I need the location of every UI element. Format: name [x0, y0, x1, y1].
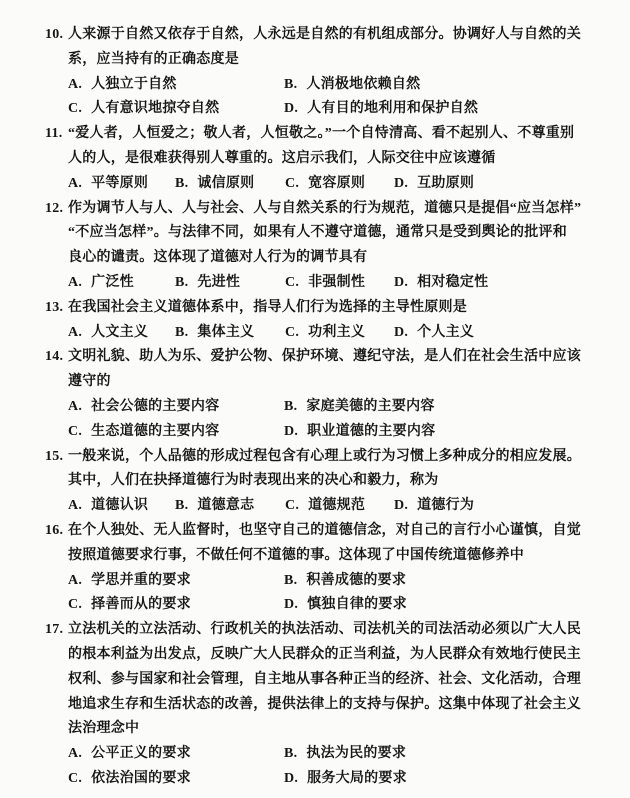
option-text: 职业道德的主要内容 [307, 424, 435, 439]
option-label: C. [68, 593, 82, 618]
options-grid: A.公平正义的要求 B.执法为民的要求 C.依法治国的要求 D.服务大局的要求 [68, 742, 592, 792]
option-text: 诚信原则 [197, 176, 254, 191]
question-number: 10. [45, 23, 68, 122]
exam-page: 10. 人来源于自然又依存于自然，人永远是自然的有机组成部分。协调好人与自然的关… [0, 0, 630, 798]
option-text: 互助原则 [417, 176, 474, 191]
option-d: D.个人主义 [394, 321, 592, 346]
option-text: 人有目的地利用和保护自然 [307, 101, 478, 116]
option-a: A.人文主义 [68, 321, 175, 346]
option-text: 非强制性 [308, 275, 365, 290]
option-label: B. [284, 73, 297, 98]
question-stem-line: 其中，人们在抉择道德行为时表现出来的决心和毅力，称为 [68, 469, 592, 494]
option-label: C. [68, 97, 82, 122]
question-stem-line: 地追求生存和生活状态的改善，提供法律上的支持与保护。这集中体现了社会主义 [68, 693, 592, 718]
question-16: 16. 在个人独处、无人监督时，也坚守自己的道德信念，对自己的言行小心谨慎，自觉… [45, 519, 592, 618]
option-b: B.道德意志 [175, 494, 285, 519]
option-c: C.生态道德的主要内容 [68, 420, 284, 445]
option-c: C.人有意识地掠夺自然 [68, 97, 284, 122]
question-number: 12. [45, 197, 68, 296]
option-text: 家庭美德的主要内容 [306, 399, 434, 414]
option-a: A.道德认识 [68, 494, 175, 519]
question-body: “爱人者，人恒爱之；敬人者，人恒敬之。”一个自恃清高、看不起别人、不尊重别 人的… [68, 122, 592, 196]
option-label: A. [68, 395, 82, 420]
option-b: B.家庭美德的主要内容 [284, 395, 592, 420]
option-label: B. [175, 321, 188, 346]
question-number: 17. [45, 618, 68, 792]
option-b: B.诚信原则 [175, 172, 285, 197]
options-grid: A.人文主义 B.集体主义 C.功利主义 D.个人主义 [68, 321, 592, 346]
option-text: 人消极地依赖自然 [306, 77, 420, 92]
option-a: A.广泛性 [68, 271, 175, 296]
option-text: 宽容原则 [308, 176, 365, 191]
option-label: D. [394, 172, 408, 197]
question-number: 13. [45, 296, 68, 346]
option-label: B. [175, 494, 188, 519]
option-a: A.社会公德的主要内容 [68, 395, 284, 420]
option-label: D. [394, 271, 408, 296]
question-number: 15. [45, 445, 68, 519]
option-label: B. [284, 569, 297, 594]
option-label: B. [284, 742, 297, 767]
question-stem-line: 良心的谴责。这体现了道德对人行为的调节具有 [68, 246, 592, 271]
option-label: D. [284, 420, 298, 445]
option-text: 人有意识地掠夺自然 [91, 101, 219, 116]
option-d: D.慎独自律的要求 [284, 593, 592, 618]
option-text: 慎独自律的要求 [307, 597, 407, 612]
question-stem-line: 在个人独处、无人监督时，也坚守自己的道德信念，对自己的言行小心谨慎，自觉 [68, 519, 592, 544]
option-text: 人独立于自然 [91, 77, 177, 92]
option-label: A. [68, 271, 82, 296]
option-label: D. [284, 97, 298, 122]
option-text: 道德行为 [417, 498, 474, 513]
question-stem-line: 作为调节人与人、人与社会、人与自然关系的行为规范，道德只是提倡“应当怎样” [68, 197, 592, 222]
question-stem-line: 的根本利益为出发点，反映广大人民群众的正当利益，为人民群众有效地行使民主 [68, 643, 592, 668]
option-a: A.学思并重的要求 [68, 569, 284, 594]
option-d: D.服务大局的要求 [284, 767, 592, 792]
option-d: D.互助原则 [394, 172, 592, 197]
option-label: B. [175, 271, 188, 296]
question-14: 14. 文明礼貌、助人为乐、爱护公物、保护环境、遵纪守法，是人们在社会生活中应该… [45, 345, 592, 444]
option-label: B. [284, 395, 297, 420]
option-b: B.先进性 [175, 271, 285, 296]
question-body: 在个人独处、无人监督时，也坚守自己的道德信念，对自己的言行小心谨慎，自觉 按照道… [68, 519, 592, 618]
option-text: 服务大局的要求 [307, 771, 407, 786]
question-body: 一般来说，个人品德的形成过程包含有心理上或行为习惯上多种成分的相应发展。 其中，… [68, 445, 592, 519]
question-number: 14. [45, 345, 68, 444]
question-stem-line: 权利、参与国家和社会管理，自主地从事各种正当的经济、社会、文化活动，合理 [68, 668, 592, 693]
question-stem-line: “爱人者，人恒爱之；敬人者，人恒敬之。”一个自恃清高、看不起别人、不尊重别 [68, 122, 592, 147]
question-stem-line: 人来源于自然又依存于自然，人永远是自然的有机组成部分。协调好人与自然的关 [68, 23, 592, 48]
question-number: 16. [45, 519, 68, 618]
options-grid: A.道德认识 B.道德意志 C.道德规范 D.道德行为 [68, 494, 592, 519]
option-label: C. [285, 172, 299, 197]
question-body: 人来源于自然又依存于自然，人永远是自然的有机组成部分。协调好人与自然的关 系，应… [68, 23, 592, 122]
option-label: D. [284, 767, 298, 792]
question-body: 作为调节人与人、人与社会、人与自然关系的行为规范，道德只是提倡“应当怎样” “不… [68, 197, 592, 296]
question-stem-line: 人的人，是很难获得别人尊重的。这启示我们，人际交往中应该遵循 [68, 147, 592, 172]
option-text: 个人主义 [417, 325, 474, 340]
question-17: 17. 立法机关的立法活动、行政机关的执法活动、司法机关的司法活动必须以广大人民… [45, 618, 592, 792]
option-c: C.道德规范 [285, 494, 394, 519]
option-label: A. [68, 321, 82, 346]
question-11: 11. “爱人者，人恒爱之；敬人者，人恒敬之。”一个自恃清高、看不起别人、不尊重… [45, 122, 592, 196]
options-grid: A.学思并重的要求 B.积善成德的要求 C.择善而从的要求 D.慎独自律的要求 [68, 569, 592, 619]
option-text: 执法为民的要求 [306, 746, 406, 761]
option-label: D. [394, 494, 408, 519]
option-text: 积善成德的要求 [306, 573, 406, 588]
question-stem-line: 文明礼貌、助人为乐、爱护公物、保护环境、遵纪守法，是人们在社会生活中应该 [68, 345, 592, 370]
question-stem-line: 系，应当持有的正确态度是 [68, 48, 592, 73]
option-b: B.人消极地依赖自然 [284, 73, 592, 98]
option-text: 道德认识 [91, 498, 148, 513]
option-text: 道德意志 [197, 498, 254, 513]
option-c: C.非强制性 [285, 271, 394, 296]
option-label: C. [68, 767, 82, 792]
options-grid: A.平等原则 B.诚信原则 C.宽容原则 D.互助原则 [68, 172, 592, 197]
question-12: 12. 作为调节人与人、人与社会、人与自然关系的行为规范，道德只是提倡“应当怎样… [45, 197, 592, 296]
option-text: 道德规范 [308, 498, 365, 513]
options-grid: A.社会公德的主要内容 B.家庭美德的主要内容 C.生态道德的主要内容 D.职业… [68, 395, 592, 445]
option-a: A.平等原则 [68, 172, 175, 197]
question-stem-line: 立法机关的立法活动、行政机关的执法活动、司法机关的司法活动必须以广大人民 [68, 618, 592, 643]
option-text: 社会公德的主要内容 [91, 399, 219, 414]
option-text: 广泛性 [91, 275, 134, 290]
option-label: B. [175, 172, 188, 197]
option-a: A.人独立于自然 [68, 73, 284, 98]
question-stem-line: 按照道德要求行事，不做任何不道德的事。这体现了中国传统道德修养中 [68, 544, 592, 569]
option-text: 学思并重的要求 [91, 573, 191, 588]
option-label: C. [285, 321, 299, 346]
option-label: A. [68, 569, 82, 594]
option-text: 公平正义的要求 [91, 746, 191, 761]
option-label: A. [68, 742, 82, 767]
option-label: A. [68, 494, 82, 519]
options-grid: A.人独立于自然 B.人消极地依赖自然 C.人有意识地掠夺自然 D.人有目的地利… [68, 73, 592, 123]
question-body: 在我国社会主义道德体系中，指导人们行为选择的主导性原则是 A.人文主义 B.集体… [68, 296, 592, 346]
option-c: C.宽容原则 [285, 172, 394, 197]
question-body: 文明礼貌、助人为乐、爱护公物、保护环境、遵纪守法，是人们在社会生活中应该 遵守的… [68, 345, 592, 444]
question-stem-line: 一般来说，个人品德的形成过程包含有心理上或行为习惯上多种成分的相应发展。 [68, 445, 592, 470]
option-label: C. [68, 420, 82, 445]
question-stem-line: 遵守的 [68, 370, 592, 395]
option-c: C.功利主义 [285, 321, 394, 346]
option-text: 相对稳定性 [417, 275, 488, 290]
question-number: 11. [45, 122, 68, 196]
option-text: 生态道德的主要内容 [91, 424, 219, 439]
option-label: D. [284, 593, 298, 618]
option-text: 依法治国的要求 [91, 771, 191, 786]
option-label: A. [68, 73, 82, 98]
option-text: 平等原则 [91, 176, 148, 191]
option-d: D.相对稳定性 [394, 271, 592, 296]
options-grid: A.广泛性 B.先进性 C.非强制性 D.相对稳定性 [68, 271, 592, 296]
option-text: 功利主义 [308, 325, 365, 340]
question-13: 13. 在我国社会主义道德体系中，指导人们行为选择的主导性原则是 A.人文主义 … [45, 296, 592, 346]
question-stem-line: “不应当怎样”。与法律不同，如果有人不遵守道德，通常只是受到舆论的批评和 [68, 221, 592, 246]
option-d: D.人有目的地利用和保护自然 [284, 97, 592, 122]
option-b: B.执法为民的要求 [284, 742, 592, 767]
option-label: A. [68, 172, 82, 197]
option-text: 先进性 [197, 275, 240, 290]
option-label: D. [394, 321, 408, 346]
option-d: D.职业道德的主要内容 [284, 420, 592, 445]
option-c: C.择善而从的要求 [68, 593, 284, 618]
option-c: C.依法治国的要求 [68, 767, 284, 792]
option-d: D.道德行为 [394, 494, 592, 519]
question-body: 立法机关的立法活动、行政机关的执法活动、司法机关的司法活动必须以广大人民 的根本… [68, 618, 592, 792]
option-label: C. [285, 271, 299, 296]
option-a: A.公平正义的要求 [68, 742, 284, 767]
option-b: B.集体主义 [175, 321, 285, 346]
question-10: 10. 人来源于自然又依存于自然，人永远是自然的有机组成部分。协调好人与自然的关… [45, 23, 592, 122]
option-b: B.积善成德的要求 [284, 569, 592, 594]
question-15: 15. 一般来说，个人品德的形成过程包含有心理上或行为习惯上多种成分的相应发展。… [45, 445, 592, 519]
option-label: C. [285, 494, 299, 519]
option-text: 择善而从的要求 [91, 597, 191, 612]
option-text: 集体主义 [197, 325, 254, 340]
question-stem-line: 在我国社会主义道德体系中，指导人们行为选择的主导性原则是 [68, 296, 592, 321]
question-stem-line: 法治理念中 [68, 717, 592, 742]
option-text: 人文主义 [91, 325, 148, 340]
